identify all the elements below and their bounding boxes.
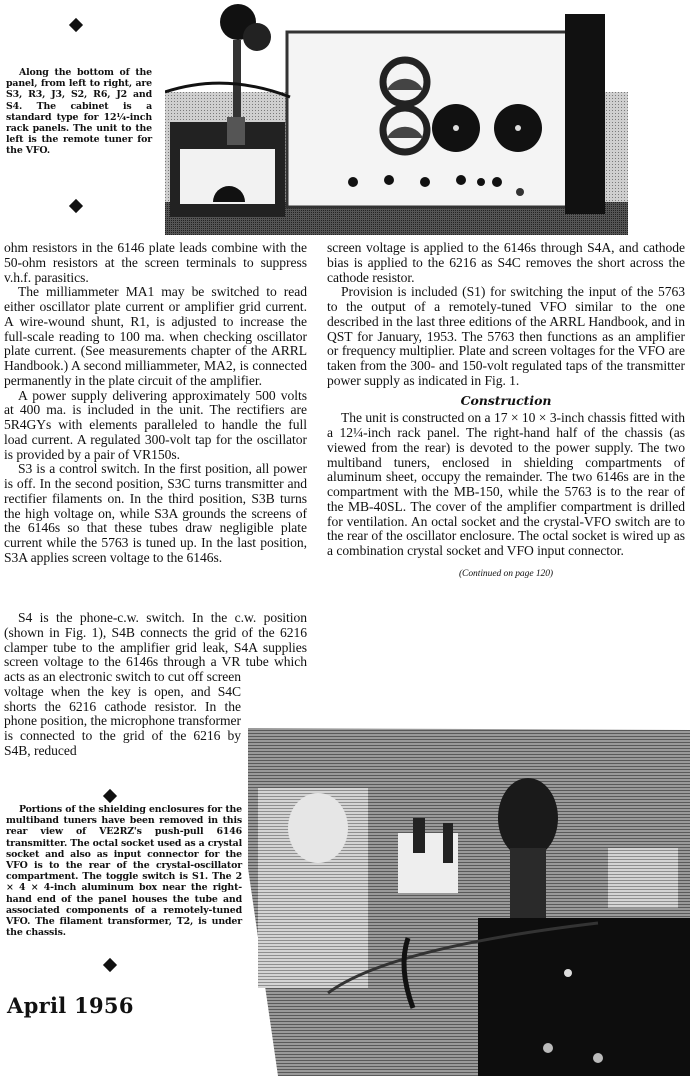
- bottom-caption-text: Portions of the shielding enclosures for…: [6, 804, 242, 938]
- paragraph: screen voltage is applied to the 6146s t…: [327, 241, 685, 285]
- transmitter-front-photo-icon: [165, 2, 628, 235]
- ornament-diamond-icon: [103, 789, 117, 803]
- right-text-column: screen voltage is applied to the 6146s t…: [327, 241, 685, 582]
- ornament-diamond-icon: [103, 958, 117, 972]
- paragraph: The unit is constructed on a 17 × 10 × 3…: [327, 411, 685, 559]
- ornament-diamond-icon: [69, 18, 83, 32]
- continued-note: (Continued on page 120): [327, 567, 685, 582]
- bottom-photo: [248, 718, 690, 1076]
- transmitter-rear-photo-icon: [248, 718, 690, 1076]
- left-text-column: ohm resistors in the 6146 plate leads co…: [4, 241, 307, 566]
- section-heading-construction: Construction: [327, 394, 685, 409]
- bottom-photo-caption: Portions of the shielding enclosures for…: [6, 804, 242, 938]
- issue-date: April 1956: [7, 993, 134, 1018]
- top-photo-caption: Along the bottom of the panel, from left…: [6, 67, 152, 157]
- paragraph: Provision is included (S1) for switching…: [327, 285, 685, 388]
- top-photo: [165, 2, 628, 235]
- paragraph: ohm resistors in the 6146 plate leads co…: [4, 241, 307, 285]
- top-caption-text: Along the bottom of the panel, from left…: [6, 67, 152, 157]
- ornament-diamond-icon: [69, 199, 83, 213]
- paragraph: A power supply delivering approximately …: [4, 389, 307, 463]
- paragraph: The milliammeter MA1 may be switched to …: [4, 285, 307, 388]
- paragraph: S3 is a control switch. In the first pos…: [4, 462, 307, 565]
